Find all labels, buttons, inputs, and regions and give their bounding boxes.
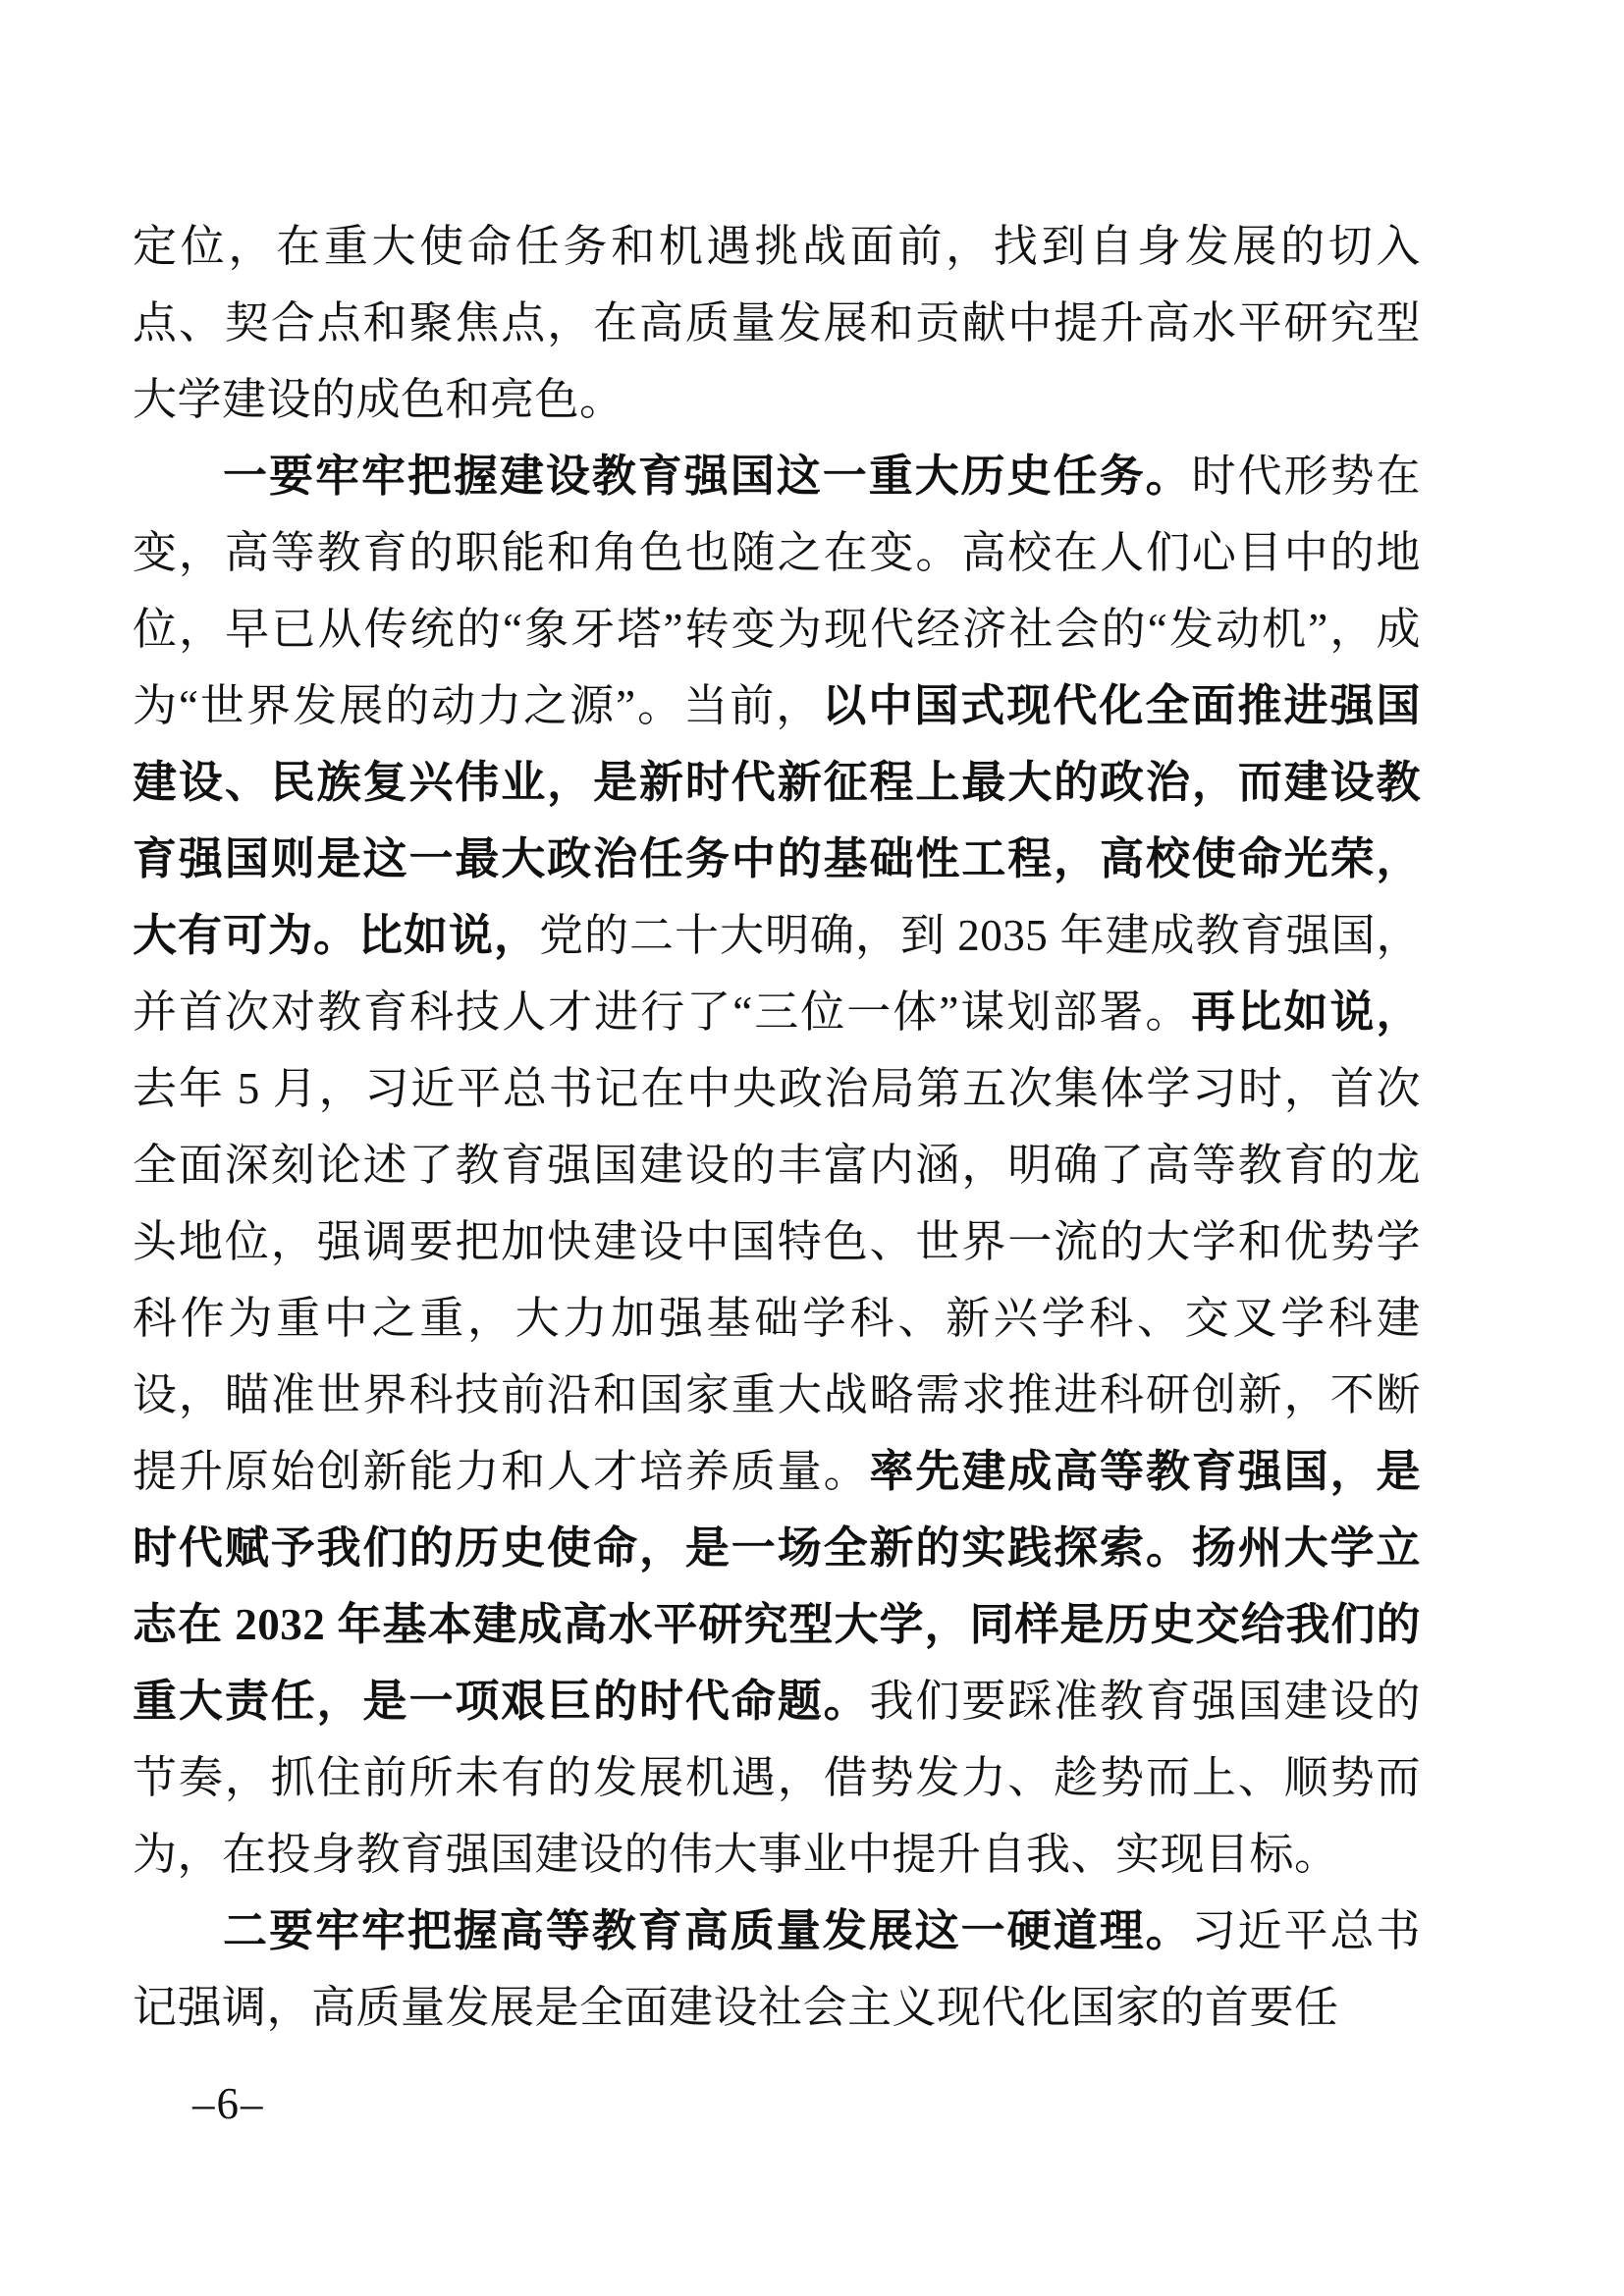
paragraph: 一要牢牢把握建设教育强国这一重大历史任务。时代形势在变，高等教育的职能和角色也随…	[133, 438, 1421, 1893]
paragraph: 二要牢牢把握高等教育高质量发展这一硬道理。习近平总书记强调，高质量发展是全面建设…	[133, 1893, 1421, 2046]
emphasis-text-run: 再比如说，	[1191, 988, 1421, 1037]
emphasis-text-run: 二要牢牢把握高等教育高质量发展这一硬道理。	[223, 1906, 1192, 1955]
paragraph: 定位，在重大使命任务和机遇挑战面前，找到自身发展的切入点、契合点和聚焦点，在高质…	[133, 208, 1421, 438]
document-body: 定位，在重大使命任务和机遇挑战面前，找到自身发展的切入点、契合点和聚焦点，在高质…	[133, 208, 1421, 2046]
body-text-run: 定位，在重大使命任务和机遇挑战面前，找到自身发展的切入点、契合点和聚焦点，在高质…	[133, 222, 1421, 424]
emphasis-text-run: 一要牢牢把握建设教育强国这一重大历史任务。	[223, 452, 1192, 501]
body-text-run: 去年 5 月，习近平总书记在中央政治局第五次集体学习时，首次全面深刻论述了教育强…	[133, 1064, 1421, 1496]
page-number: –6–	[192, 2079, 265, 2128]
document-page: 定位，在重大使命任务和机遇挑战面前，找到自身发展的切入点、契合点和聚焦点，在高质…	[0, 0, 1624, 2296]
